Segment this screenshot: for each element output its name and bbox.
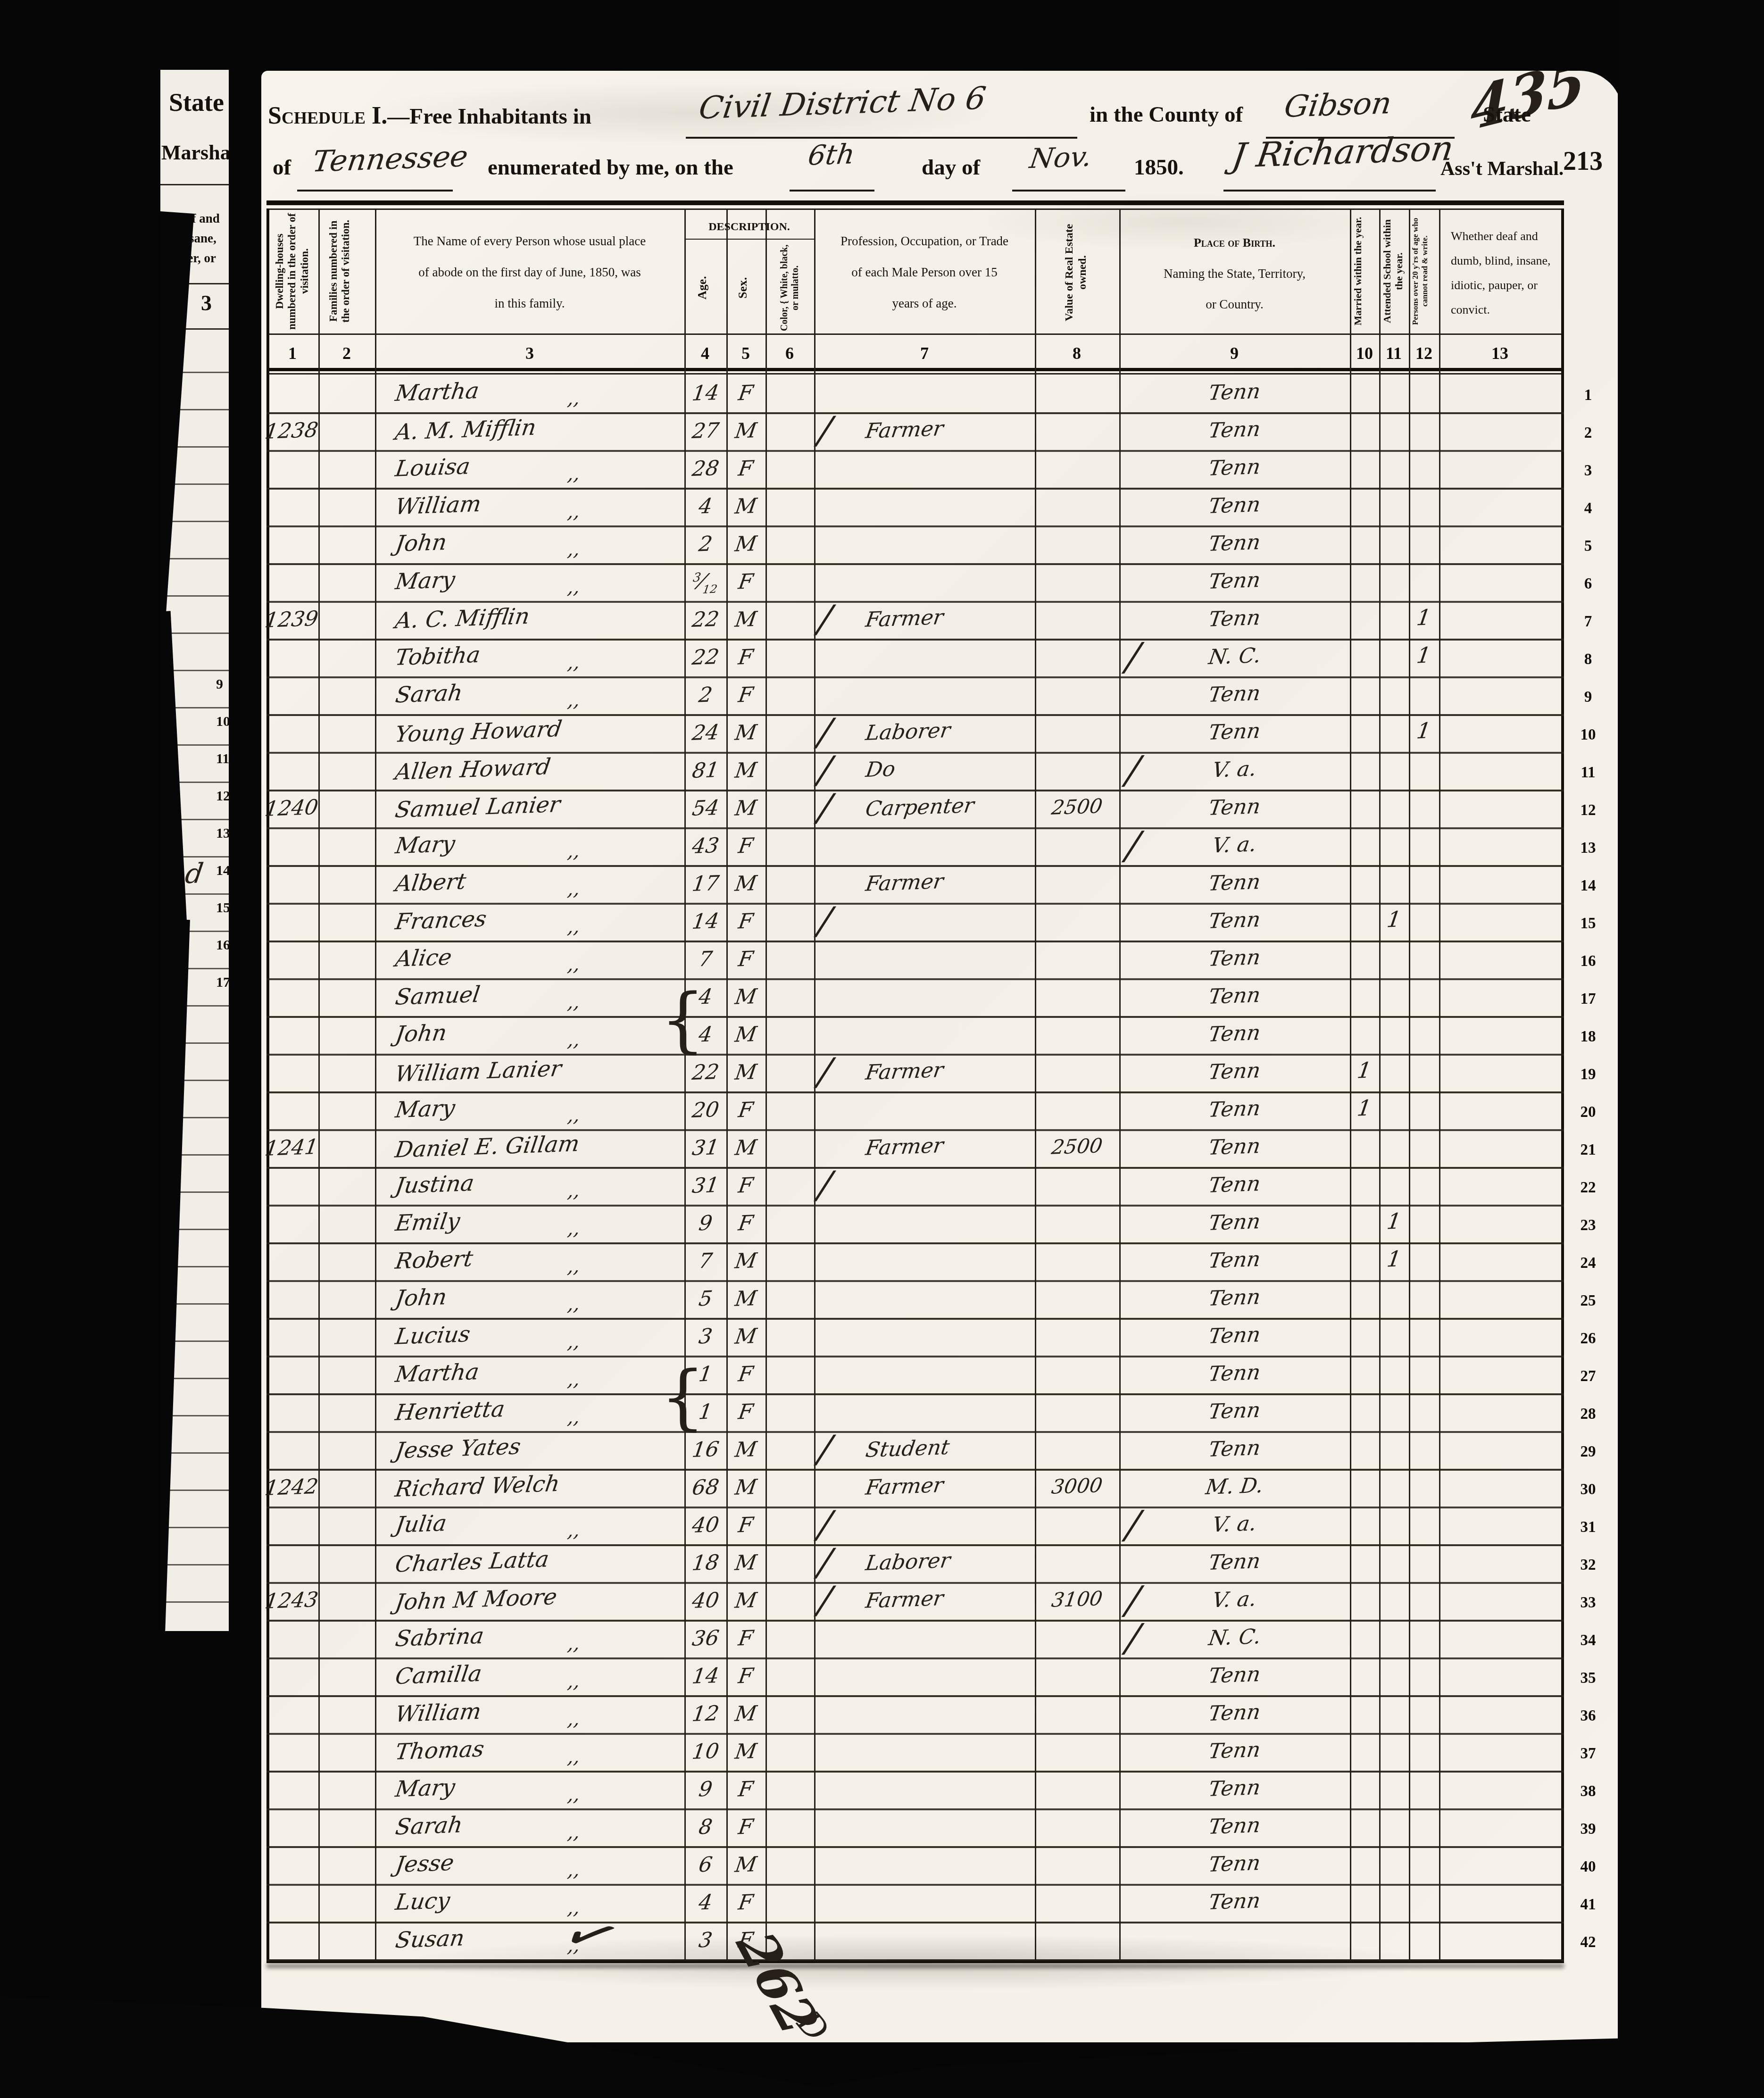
table-row: William Lanier22M/FarmerTenn1 (261, 1054, 1561, 1091)
occupation-check-mark: / (819, 1504, 831, 1546)
birthplace-cell: Tenn (1119, 1248, 1350, 1272)
margin-row-number: 33 (1572, 1594, 1605, 1612)
sex-cell: M (726, 1249, 766, 1273)
col9-header-line1: Place of Birth. (1119, 236, 1350, 250)
ditto-mark: ,, (568, 1029, 580, 1051)
attended-school-mark: 1 (1379, 1246, 1409, 1272)
ditto-mark: ,, (568, 1822, 580, 1843)
table-row: Mary,,20FTenn1 (261, 1091, 1561, 1129)
ditto-mark: ,, (568, 652, 580, 674)
table-row: Sarah,,8FTenn (261, 1808, 1561, 1846)
col4-header: Age. (695, 250, 709, 325)
birthplace-cell: Tenn (1119, 1097, 1350, 1121)
margin-row-number: 26 (1572, 1330, 1605, 1348)
birthplace-cell: N. C. (1119, 644, 1350, 668)
year-label: 1850. (1134, 155, 1184, 180)
ditto-mark: ,, (568, 388, 580, 409)
district-underline (686, 137, 1077, 139)
birthplace-cell: V. a. (1119, 758, 1350, 782)
sex-cell: F (726, 947, 766, 971)
col13-header-line4: convict. (1451, 303, 1559, 317)
name-cell: Jesse (396, 1851, 454, 1877)
table-row: Samuel,,4MTenn (261, 978, 1561, 1016)
prev-marshal-fragment: Marshal. (161, 141, 229, 165)
sex-cell: F (726, 1890, 766, 1915)
sex-cell: M (726, 1023, 766, 1047)
name-cell: Mary (396, 568, 455, 594)
name-cell: Emily (396, 1209, 460, 1235)
ditto-mark: ,, (568, 539, 580, 560)
margin-row-number: 38 (1572, 1783, 1605, 1800)
age-cell: 4 (684, 1023, 726, 1047)
sex-cell: M (726, 1702, 766, 1726)
ditto-mark: ,, (568, 1859, 580, 1881)
prev-row-line (160, 558, 229, 559)
name-cell: Albert (396, 870, 466, 896)
margin-row-number: 24 (1572, 1255, 1605, 1272)
prev-row-line (160, 1527, 229, 1528)
age-cell: 40 (684, 1589, 726, 1613)
county-entry: Gibson (1285, 88, 1391, 123)
col7-header-line1: Profession, Occupation, or Trade (814, 234, 1035, 249)
name-cell: Jesse Yates (396, 1436, 520, 1462)
table-row: Allen Howard81M/Do/V. a. (261, 752, 1561, 790)
age-cell: 22 (684, 608, 726, 632)
occupation-check-mark: / (819, 749, 831, 791)
age-cell: 14 (684, 1664, 726, 1688)
table-row: John,,2MTenn (261, 525, 1561, 563)
column-number: 5 (727, 343, 765, 363)
sex-cell: F (726, 1626, 766, 1650)
margin-row-number: 20 (1572, 1104, 1605, 1121)
birthplace-cell: Tenn (1119, 871, 1350, 895)
col5-header: Sex. (736, 250, 750, 325)
birthplace-cell: V. a. (1119, 1512, 1350, 1536)
schedule-title: Schedule I.—Free Inhabitants in (268, 102, 591, 130)
table-row: Charles Latta18M/LaborerTenn (261, 1544, 1561, 1582)
name-cell: Susan (396, 1926, 464, 1952)
table-row: Louisa,,28FTenn (261, 450, 1561, 488)
cannot-read-write-mark: 1 (1409, 605, 1439, 630)
margin-row-number: 5 (1572, 538, 1605, 555)
name-cell: John M Moore (396, 1587, 557, 1613)
table-row: Jesse,,6MTenn (261, 1846, 1561, 1884)
prev-row-number: 16 (216, 937, 229, 953)
birthplace-cell: Tenn (1119, 607, 1350, 631)
birthplace-cell: Tenn (1119, 1776, 1350, 1800)
sex-cell: M (726, 1740, 766, 1764)
margin-row-number: 40 (1572, 1858, 1605, 1876)
table-row: Sarah,,2FTenn (261, 676, 1561, 714)
sex-cell: M (726, 1853, 766, 1877)
sex-cell: M (726, 494, 766, 518)
ditto-mark: ,, (568, 1784, 580, 1806)
table-row: Lucy,,4FTenn (261, 1884, 1561, 1922)
sex-cell: M (726, 1475, 766, 1499)
ditto-mark: ,, (568, 1746, 580, 1768)
name-cell: A. C. Mifflin (396, 606, 529, 632)
sex-cell: M (726, 1551, 766, 1575)
occupation-cell: Farmer (866, 607, 943, 631)
sex-cell: M (726, 532, 766, 556)
birthplace-cell: Tenn (1119, 795, 1350, 819)
age-cell: 5 (684, 1287, 726, 1311)
name-cell: Frances (396, 907, 486, 933)
day-of-label: day of (922, 155, 980, 180)
name-cell: William (396, 492, 481, 518)
prev-row-line (160, 1564, 229, 1565)
name-cell: Lucius (396, 1323, 470, 1349)
birthplace-cell: Tenn (1119, 1739, 1350, 1763)
age-cell: 81 (684, 758, 726, 783)
name-cell: Louisa (396, 455, 470, 481)
birthplace-cell: Tenn (1119, 418, 1350, 442)
sex-cell: M (726, 872, 766, 896)
prev-row-line (160, 1601, 229, 1603)
age-cell: 27 (684, 419, 726, 443)
column-number: 6 (771, 343, 808, 363)
birthplace-cell: Tenn (1119, 1399, 1350, 1423)
name-cell: Sarah (396, 1813, 462, 1839)
ditto-mark: ,, (568, 1520, 580, 1541)
printed-page-number: 213 (1563, 146, 1603, 176)
birthplace-cell: Tenn (1119, 456, 1350, 480)
table-row: Young Howard24M/LaborerTenn1 (261, 714, 1561, 752)
table-row: Sabrina,,36F/N. C. (261, 1620, 1561, 1657)
age-cell: 16 (684, 1438, 726, 1462)
birthplace-cell: Tenn (1119, 1210, 1350, 1234)
occupation-cell: Laborer (866, 720, 950, 744)
occupation-check-mark: / (819, 787, 831, 829)
col13-header-line1: Whether deaf and (1451, 229, 1559, 243)
margin-row-number: 31 (1572, 1519, 1605, 1536)
margin-row-number: 1 (1572, 387, 1605, 404)
column-number: 1 (274, 343, 311, 363)
age-cell: 6 (684, 1853, 726, 1877)
table-row: 1243John M Moore40M/Farmer3100/V. a. (261, 1582, 1561, 1620)
table-row: 1241Daniel E. Gillam31MFarmer2500Tenn (261, 1129, 1561, 1167)
table-row: Lucius,,3MTenn (261, 1318, 1561, 1356)
prev-row-line (160, 595, 229, 597)
real-estate-value-cell: 2500 (1035, 1135, 1119, 1158)
occupation-cell: Laborer (866, 1550, 950, 1574)
ditto-mark: ,, (568, 1331, 580, 1353)
birthplace-cell: Tenn (1119, 1022, 1350, 1046)
col7-header-line2: of each Male Person over 15 (814, 265, 1035, 280)
name-cell: John (396, 1021, 447, 1047)
table-row: Henrietta,,1FTenn (261, 1393, 1561, 1431)
ditto-mark: ,, (568, 690, 580, 711)
birthplace-cell: Tenn (1119, 1361, 1350, 1385)
margin-row-number: 42 (1572, 1934, 1605, 1951)
margin-row-number: 15 (1572, 915, 1605, 932)
birthplace-cell: M. D. (1119, 1474, 1350, 1499)
age-cell: 17 (684, 872, 726, 896)
name-cell: Camilla (396, 1662, 482, 1688)
birthplace-cell: Tenn (1119, 682, 1350, 706)
free-inhabitants-label: —Free Inhabitants in (387, 104, 591, 129)
age-cell: 14 (684, 381, 726, 405)
age-cell: 12 (684, 1702, 726, 1726)
name-cell: Tobitha (396, 643, 480, 669)
col3-header-line3: in this family. (375, 296, 684, 311)
margin-row-number: 13 (1572, 840, 1605, 857)
col3-header-line1: The Name of every Person whose usual pla… (375, 234, 684, 249)
table-row: Martha,,14FTenn (261, 375, 1561, 412)
ditto-mark: ,, (568, 1105, 580, 1126)
in-county-label: in the County of (1090, 102, 1243, 127)
age-cell: 22 (684, 645, 726, 669)
column-number: 8 (1058, 343, 1096, 363)
enumerated-label: enumerated by me, on the (488, 155, 733, 180)
sex-cell: M (726, 1136, 766, 1160)
age-cell: 18 (684, 1551, 726, 1575)
sex-cell: F (726, 1513, 766, 1537)
age-cell: 2 (684, 532, 726, 556)
name-cell: Allen Howard (396, 757, 550, 783)
sex-cell: F (726, 1362, 766, 1386)
name-cell: Lucy (396, 1889, 449, 1915)
birthplace-cell: Tenn (1119, 1173, 1350, 1197)
sex-cell: M (726, 419, 766, 443)
occupation-check-mark: / (819, 1579, 831, 1622)
prev-row-number: 9 (216, 676, 223, 692)
birthplace-cell: V. a. (1119, 833, 1350, 857)
prev-row-number: 11 (216, 751, 229, 767)
sex-cell: F (726, 1174, 766, 1198)
birthplace-cell: Tenn (1119, 1814, 1350, 1838)
occupation-cell: Farmer (866, 418, 943, 442)
age-cell: 2 (684, 683, 726, 707)
dwelling-number-cell: 1243 (265, 1589, 318, 1613)
sex-cell: F (726, 645, 766, 669)
real-estate-value-cell: 3000 (1035, 1474, 1119, 1498)
margin-row-number: 21 (1572, 1141, 1605, 1159)
age-cell: 3 (684, 1928, 726, 1952)
sex-cell: M (726, 1287, 766, 1311)
sex-cell: M (726, 985, 766, 1009)
occupation-cell: Farmer (866, 1135, 943, 1159)
prev-row-number: 17 (216, 974, 229, 991)
occupation-cell: Farmer (866, 871, 943, 895)
married-within-year-mark: 1 (1350, 1057, 1379, 1083)
birthplace-cell: Tenn (1119, 531, 1350, 555)
table-row: Jesse Yates16M/StudentTenn (261, 1431, 1561, 1469)
occupation-cell: Farmer (866, 1588, 943, 1612)
age-cell: 22 (684, 1060, 726, 1084)
dwelling-number-cell: 1241 (265, 1136, 318, 1160)
table-row: William,,12MTenn (261, 1695, 1561, 1733)
table-row: Martha,,1FTenn (261, 1356, 1561, 1393)
footer-check-mark: ✓ (563, 1901, 611, 1966)
age-cell: 9 (684, 1777, 726, 1801)
margin-row-number: 25 (1572, 1292, 1605, 1310)
marshal-signature: J Richardson (1233, 132, 1453, 172)
margin-row-number: 35 (1572, 1670, 1605, 1687)
margin-row-number: 19 (1572, 1066, 1605, 1083)
column-number: 9 (1215, 343, 1253, 363)
birthplace-cell: Tenn (1119, 908, 1350, 932)
state-entry: Tennessee (313, 142, 467, 176)
table-row: Susan,,3F (261, 1922, 1561, 1959)
birthplace-cell: Tenn (1119, 380, 1350, 404)
dwelling-number-cell: 1238 (265, 419, 318, 443)
name-cell: Robert (396, 1247, 473, 1273)
sex-cell: M (726, 1438, 766, 1462)
name-cell: Daniel E. Gillam (396, 1134, 579, 1160)
sex-cell: F (726, 1400, 766, 1424)
ditto-mark: ,, (568, 991, 580, 1013)
col13-header-line3: idiotic, pauper, or (1451, 278, 1559, 292)
name-cell: Thomas (396, 1738, 484, 1764)
birthplace-cell: Tenn (1119, 1663, 1350, 1687)
age-cell: 9 (684, 1211, 726, 1235)
married-within-year-mark: 1 (1350, 1095, 1379, 1121)
census-sheet: 435 213 Schedule I.—Free Inhabitants in … (261, 71, 1623, 2042)
column-number: 13 (1481, 343, 1519, 363)
birthplace-cell: V. a. (1119, 1588, 1350, 1612)
ditto-mark: ,, (568, 1218, 580, 1240)
sex-cell: F (726, 834, 766, 858)
sex-cell: F (726, 570, 766, 594)
birthplace-cell: Tenn (1119, 493, 1350, 517)
margin-row-number: 8 (1572, 651, 1605, 668)
table-row: 1240Samuel Lanier54M/Carpenter2500Tenn (261, 790, 1561, 827)
sex-cell: F (726, 457, 766, 481)
table-row: Camilla,,14FTenn (261, 1657, 1561, 1695)
birthplace-cell: Tenn (1119, 984, 1350, 1008)
occupation-check-mark: / (819, 1428, 831, 1471)
prev-col13-number: 3 (201, 291, 212, 316)
dwelling-number-cell: 1239 (265, 608, 318, 632)
birthplace-cell: Tenn (1119, 1437, 1350, 1461)
birthplace-cell: Tenn (1119, 1701, 1350, 1725)
col6-header: Color, { White, black, or mulatto. (779, 244, 801, 332)
sex-cell: F (726, 381, 766, 405)
margin-row-number: 17 (1572, 991, 1605, 1008)
name-cell: Mary (396, 1096, 455, 1122)
dwelling-number-cell: 1242 (265, 1475, 318, 1499)
attended-school-mark: 1 (1379, 1208, 1409, 1234)
prev-row-number: 10 (216, 714, 229, 730)
row-line (266, 1959, 1564, 1961)
ditto-mark: ,, (568, 878, 580, 900)
day-underline (790, 190, 874, 191)
table-row: John,,5MTenn (261, 1280, 1561, 1318)
margin-row-number: 16 (1572, 953, 1605, 970)
real-estate-value-cell: 2500 (1035, 795, 1119, 818)
of-label: of (273, 155, 291, 180)
col3-header-line2: of abode on the first day of June, 1850,… (375, 265, 684, 280)
district-entry: Civil District No 6 (700, 85, 985, 121)
occupation-check-mark: / (819, 1051, 831, 1093)
sex-cell: M (726, 1589, 766, 1613)
name-cell: Samuel (396, 983, 480, 1009)
previous-page-edge: State Marshal. deaf and d, insane, auper… (160, 70, 229, 1631)
sex-cell: M (726, 758, 766, 783)
margin-row-number: 28 (1572, 1406, 1605, 1423)
name-cell: Sarah (396, 681, 462, 707)
column-number: 3 (511, 343, 549, 363)
col2-header: Families numbered in the order of visita… (327, 212, 352, 330)
ditto-mark: ,, (568, 841, 580, 862)
sex-cell: F (726, 1777, 766, 1801)
schedule-label: Schedule I. (268, 102, 387, 129)
occupation-cell: Farmer (866, 1474, 943, 1499)
name-cell: Sabrina (396, 1624, 483, 1650)
age-cell: 4 (684, 494, 726, 518)
ditto-mark: ,, (568, 1633, 580, 1655)
prev-row-number: 15 (216, 900, 229, 916)
margin-row-number: 2 (1572, 425, 1605, 442)
name-cell: John (396, 1285, 447, 1311)
name-cell: Mary (396, 1775, 455, 1801)
age-cell: 10 (684, 1740, 726, 1764)
margin-row-number: 32 (1572, 1557, 1605, 1574)
age-cell: 8 (684, 1815, 726, 1839)
prev-row-number: 14 (216, 863, 229, 879)
col13-header-line2: dumb, blind, insane, (1451, 254, 1559, 268)
age-cell: 43 (684, 834, 726, 858)
ditto-mark: ,, (568, 1407, 580, 1428)
name-cell: John (396, 530, 447, 556)
ditto-mark: ,, (568, 1293, 580, 1315)
column-number: 12 (1405, 343, 1443, 363)
age-cell: 3 (684, 1324, 726, 1349)
month-underline (1012, 190, 1125, 191)
ditto-mark: ,, (568, 954, 580, 975)
margin-row-number: 22 (1572, 1179, 1605, 1197)
sex-cell: F (726, 1815, 766, 1839)
birthplace-cell: Tenn (1119, 1852, 1350, 1876)
sex-cell: F (726, 1211, 766, 1235)
birthplace-cell: N. C. (1119, 1625, 1350, 1649)
margin-row-number: 34 (1572, 1632, 1605, 1649)
table-row: Thomas,,10MTenn (261, 1733, 1561, 1771)
occupation-check-mark: / (819, 711, 831, 754)
birthplace-cell: Tenn (1119, 1135, 1350, 1159)
occupation-check-mark: / (819, 409, 831, 452)
margin-row-number: 18 (1572, 1028, 1605, 1046)
col7-header-line3: years of age. (814, 296, 1035, 311)
sex-cell: F (726, 1098, 766, 1122)
signature-underline (1223, 190, 1436, 191)
ditto-mark: ,, (568, 1671, 580, 1692)
birthplace-cell: Tenn (1119, 1890, 1350, 1914)
margin-row-number: 11 (1572, 764, 1605, 782)
name-cell: Richard Welch (396, 1474, 559, 1499)
occupation-check-mark: / (819, 1164, 831, 1207)
col9-header-line3: or Country. (1119, 297, 1350, 312)
table-row: Frances,,14F/Tenn1 (261, 903, 1561, 941)
margin-row-number: 7 (1572, 613, 1605, 631)
col10-header: Married within the year. (1352, 212, 1364, 330)
age-cell: 31 (684, 1136, 726, 1160)
scanned-census-page: State Marshal. deaf and d, insane, auper… (0, 0, 1764, 2098)
occupation-cell: Do (866, 758, 895, 782)
col12-header: Persons over 20 y'rs of age who cannot r… (1411, 210, 1429, 332)
sex-cell: M (726, 796, 766, 820)
margin-row-number: 4 (1572, 500, 1605, 517)
table-row: Emily,,9FTenn1 (261, 1205, 1561, 1242)
table-row: Mary,,43F/V. a. (261, 827, 1561, 865)
name-cell: Martha (396, 379, 479, 405)
sex-cell: F (726, 1664, 766, 1688)
age-cell: 1 (684, 1400, 726, 1424)
birthplace-cell: Tenn (1119, 720, 1350, 744)
ditto-mark: ,, (568, 1369, 580, 1390)
name-cell: A. M. Mifflin (396, 417, 536, 443)
